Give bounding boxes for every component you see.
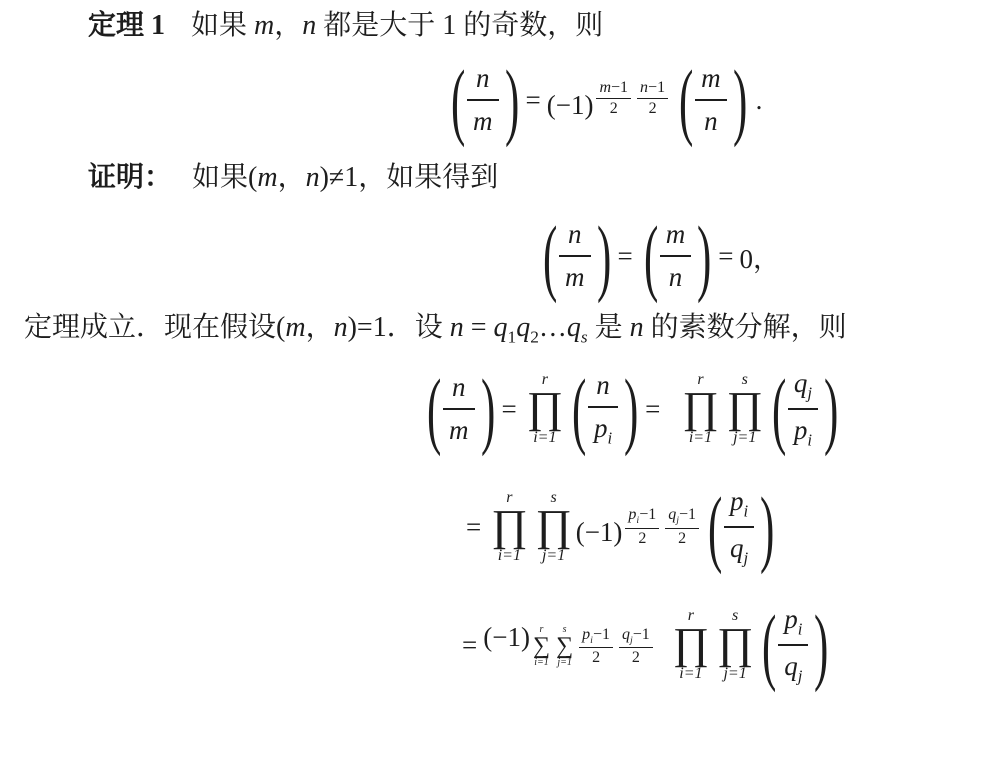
var-n: n bbox=[334, 312, 348, 343]
fullwidth-comma: ， bbox=[274, 10, 302, 41]
theorem-text-after: 都是大于 1 的奇数，则 bbox=[316, 10, 603, 41]
lower-limit-i: i=1 bbox=[498, 548, 521, 564]
exp-den: 2 bbox=[637, 98, 668, 118]
jacobi-symbol-pi-over-qj: ( pi qj ) bbox=[703, 484, 775, 570]
exp-frac-m: m−1 2 bbox=[596, 79, 631, 119]
lower-limit-i: i=1 bbox=[679, 666, 702, 682]
product-operator-i: r ∏ i=1 bbox=[527, 372, 563, 445]
exp-num: m−1 bbox=[596, 79, 631, 98]
denominator-n: n bbox=[695, 99, 727, 137]
para3-part1: 定理成立．现在假设( bbox=[24, 312, 285, 343]
denominator-m: m bbox=[443, 408, 475, 446]
exp-den: 2 bbox=[625, 528, 659, 548]
var-m: m bbox=[257, 162, 277, 193]
theorem-paragraph: 定理 1如果 m，n 都是大于 1 的奇数，则 bbox=[88, 6, 603, 45]
product-operator-j: s ∏ j=1 bbox=[727, 372, 763, 445]
big-right-paren: ) bbox=[733, 57, 743, 143]
var-q: q bbox=[794, 368, 808, 398]
subscript-2: 2 bbox=[530, 328, 539, 347]
numerator-qj: qj bbox=[788, 368, 818, 408]
product-glyph: ∏ bbox=[673, 626, 709, 662]
lower-limit-i: i=1 bbox=[533, 430, 556, 446]
lower-limit-j: j=1 bbox=[557, 658, 572, 668]
exp-den: 2 bbox=[619, 647, 653, 667]
big-left-paren: ( bbox=[644, 213, 654, 299]
denominator-m: m bbox=[467, 99, 499, 137]
big-right-paren: ) bbox=[824, 366, 834, 452]
denominator-m: m bbox=[559, 255, 591, 293]
subscript-j: j bbox=[744, 548, 749, 567]
fraction-n-over-m: n m bbox=[443, 372, 475, 446]
var-n: n bbox=[450, 312, 464, 343]
product-operator-i: r ∏ i=1 bbox=[682, 372, 718, 445]
big-right-paren: ) bbox=[760, 484, 770, 570]
jacobi-symbol-n-over-pi: ( n pi ) bbox=[567, 366, 639, 452]
para3-part4: 的素数分解，则 bbox=[644, 312, 847, 343]
denominator-qj: qj bbox=[724, 526, 754, 568]
fraction-pi-over-qj: pi qj bbox=[778, 604, 808, 687]
document-page: 定理 1如果 m，n 都是大于 1 的奇数，则 ( n m ) = (−1) m… bbox=[0, 0, 1000, 762]
minus-one: −1 bbox=[679, 506, 696, 523]
minus-one: −1 bbox=[648, 79, 665, 96]
subscript-i: i bbox=[807, 430, 812, 449]
equals-sign: = bbox=[645, 394, 660, 425]
big-left-paren: ( bbox=[679, 57, 689, 143]
proof-paragraph: 证明：如果(m，n)≠1，如果得到 bbox=[88, 158, 498, 197]
subscript-j: j bbox=[798, 666, 803, 685]
product-glyph: ∏ bbox=[717, 626, 753, 662]
big-left-paren: ( bbox=[543, 213, 553, 299]
var-q2: q bbox=[516, 312, 530, 343]
big-right-paren: ) bbox=[697, 213, 707, 299]
var-p: p bbox=[730, 486, 744, 516]
big-right-paren: ) bbox=[624, 366, 634, 452]
continuation-paragraph: 定理成立．现在假设(m，n)=1．设 n = q1q2…qs 是 n 的素数分解… bbox=[24, 308, 847, 350]
denominator-pi: pi bbox=[788, 408, 818, 450]
formula-4-reciprocity-applied: = r ∏ i=1 s ∏ j=1 (−1) pi−1 2 qj−1 2 bbox=[466, 484, 775, 570]
product-operator-j: s ∏ j=1 bbox=[535, 490, 571, 563]
var-qs: q bbox=[567, 312, 581, 343]
jacobi-symbol-m-over-n: ( m n ) bbox=[674, 57, 748, 143]
jacobi-symbol-n-over-m: ( n m ) bbox=[422, 366, 496, 452]
var-n: n bbox=[640, 79, 648, 96]
denominator-qj: qj bbox=[778, 644, 808, 686]
sum-operator-j: s ∑ j=1 bbox=[556, 625, 573, 669]
jacobi-symbol-qj-over-pi: ( qj pi ) bbox=[767, 366, 839, 452]
numerator-n: n bbox=[467, 63, 499, 99]
fraction-n-over-m: n m bbox=[559, 219, 591, 293]
minus-one: −1 bbox=[611, 79, 628, 96]
denominator-n: n bbox=[660, 255, 692, 293]
var-m: m bbox=[599, 79, 611, 96]
equals-sign: = bbox=[618, 241, 633, 272]
var-m: m bbox=[254, 10, 274, 41]
numerator-pi: pi bbox=[724, 486, 754, 526]
formula-5-collected-exponent: = (−1) r ∑ i=1 s ∑ j=1 pi−1 2 qj−1 bbox=[462, 602, 829, 688]
big-right-paren: ) bbox=[481, 366, 491, 452]
exp-frac-pi: pi−1 2 bbox=[625, 506, 659, 548]
exp-frac-n: n−1 2 bbox=[637, 79, 668, 119]
power-of-minus-one: (−1) m−1 2 n−1 2 bbox=[547, 79, 668, 121]
fraction-n-over-pi: n pi bbox=[588, 370, 618, 448]
fraction-qj-over-pi: qj pi bbox=[788, 368, 818, 451]
var-p: p bbox=[582, 626, 590, 643]
exp-den: 2 bbox=[665, 528, 699, 548]
subscript-i: i bbox=[607, 428, 612, 447]
subscript-s: s bbox=[581, 328, 588, 347]
zero-comma: 0， bbox=[739, 237, 780, 276]
fullwidth-comma: ， bbox=[278, 162, 306, 193]
theorem-label: 定理 1 bbox=[88, 10, 165, 41]
exponent-group: pi−1 2 qj−1 2 bbox=[625, 506, 699, 548]
equals-sign: = bbox=[462, 630, 477, 661]
subscript-i: i bbox=[744, 501, 749, 520]
var-q: q bbox=[622, 626, 630, 643]
lower-limit-j: j=1 bbox=[542, 548, 565, 564]
lower-limit-i: i=1 bbox=[689, 430, 712, 446]
numerator-n: n bbox=[588, 370, 618, 406]
neg-one-base: (−1) bbox=[547, 90, 594, 120]
subscript-j: j bbox=[807, 383, 812, 402]
big-left-paren: ( bbox=[708, 484, 718, 570]
exp-frac-pi: pi−1 2 bbox=[579, 626, 613, 668]
big-right-paren: ) bbox=[597, 213, 607, 299]
var-p: p bbox=[784, 604, 798, 634]
neg-one-base: (−1) bbox=[483, 622, 530, 652]
para3-part2: )=1．设 bbox=[348, 312, 450, 343]
big-left-paren: ( bbox=[451, 57, 461, 143]
equals-sign: = bbox=[718, 241, 733, 272]
subscript-1: 1 bbox=[508, 328, 517, 347]
exp-num: n−1 bbox=[637, 79, 668, 98]
lower-limit-j: j=1 bbox=[723, 666, 746, 682]
var-q1: q bbox=[494, 312, 508, 343]
numerator-m: m bbox=[660, 219, 692, 255]
exp-frac-qj: qj−1 2 bbox=[619, 626, 653, 668]
fraction-m-over-n: m n bbox=[695, 63, 727, 137]
exp-den: 2 bbox=[579, 647, 613, 667]
var-n: n bbox=[306, 162, 320, 193]
exp-num: qj−1 bbox=[665, 506, 699, 528]
equals-run: = bbox=[464, 312, 494, 343]
neg-one-base: (−1) bbox=[576, 517, 623, 547]
lower-limit-j: j=1 bbox=[733, 430, 756, 446]
exponent-group: r ∑ i=1 s ∑ j=1 pi−1 2 qj−1 2 bbox=[533, 625, 653, 669]
minus-one: −1 bbox=[593, 626, 610, 643]
minus-one: −1 bbox=[639, 506, 656, 523]
exp-den: 2 bbox=[596, 98, 631, 118]
jacobi-symbol-n-over-m: ( n m ) bbox=[538, 213, 612, 299]
theorem-text-before: 如果 bbox=[191, 10, 254, 41]
jacobi-symbol-m-over-n: ( m n ) bbox=[639, 213, 713, 299]
equals-sign: = bbox=[502, 394, 517, 425]
formula-2-zero-case: ( n m ) = ( m n ) = 0， bbox=[538, 213, 780, 299]
proof-label: 证明： bbox=[88, 162, 172, 193]
numerator-n: n bbox=[443, 372, 475, 408]
proof-text-before: 如果( bbox=[192, 162, 257, 193]
sum-glyph: ∑ bbox=[556, 636, 573, 658]
product-glyph: ∏ bbox=[527, 390, 563, 426]
var-p: p bbox=[594, 413, 608, 443]
formula-1-reciprocity-statement: ( n m ) = (−1) m−1 2 n−1 2 ( m bbox=[446, 57, 762, 143]
fraction-pi-over-qj: pi qj bbox=[724, 486, 754, 569]
power-of-minus-one: (−1) pi−1 2 qj−1 2 bbox=[576, 506, 699, 548]
para3-part3: 是 bbox=[588, 312, 630, 343]
denominator-pi: pi bbox=[588, 406, 618, 448]
var-n: n bbox=[630, 312, 644, 343]
product-glyph: ∏ bbox=[491, 508, 527, 544]
sum-operator-i: r ∑ i=1 bbox=[533, 625, 550, 669]
jacobi-symbol-pi-over-qj: ( pi qj ) bbox=[757, 602, 829, 688]
fraction-n-over-m: n m bbox=[467, 63, 499, 137]
fraction-m-over-n: m n bbox=[660, 219, 692, 293]
big-left-paren: ( bbox=[772, 366, 782, 452]
jacobi-symbol-n-over-m: ( n m ) bbox=[446, 57, 520, 143]
minus-one: −1 bbox=[633, 626, 650, 643]
var-m: m bbox=[285, 312, 305, 343]
product-glyph: ∏ bbox=[727, 390, 763, 426]
big-right-paren: ) bbox=[814, 602, 824, 688]
numerator-m: m bbox=[695, 63, 727, 99]
var-n: n bbox=[302, 10, 316, 41]
fullwidth-comma: ， bbox=[306, 312, 334, 343]
exp-num: pi−1 bbox=[579, 626, 613, 648]
exp-frac-qj: qj−1 2 bbox=[665, 506, 699, 548]
var-p: p bbox=[794, 415, 808, 445]
numerator-pi: pi bbox=[778, 604, 808, 644]
big-left-paren: ( bbox=[572, 366, 582, 452]
product-operator-i: r ∏ i=1 bbox=[491, 490, 527, 563]
subscript-i: i bbox=[798, 619, 803, 638]
exp-num: qj−1 bbox=[619, 626, 653, 648]
product-glyph: ∏ bbox=[682, 390, 718, 426]
var-q: q bbox=[784, 651, 798, 681]
product-operator-i: r ∏ i=1 bbox=[673, 608, 709, 681]
lower-limit-i: i=1 bbox=[534, 658, 549, 668]
period: . bbox=[756, 85, 763, 116]
product-glyph: ∏ bbox=[535, 508, 571, 544]
product-operator-j: s ∏ j=1 bbox=[717, 608, 753, 681]
equals-sign: = bbox=[466, 512, 481, 543]
numerator-n: n bbox=[559, 219, 591, 255]
var-q: q bbox=[730, 533, 744, 563]
formula-3-product-expansion: ( n m ) = r ∏ i=1 ( n pi ) = r ∏ i=1 bbox=[422, 366, 839, 452]
exponent-group: m−1 2 n−1 2 bbox=[596, 79, 668, 119]
equals-sign: = bbox=[526, 85, 541, 116]
proof-text-after: )≠1，如果得到 bbox=[320, 162, 499, 193]
ellipsis: … bbox=[539, 312, 567, 343]
big-right-paren: ) bbox=[505, 57, 515, 143]
exp-num: pi−1 bbox=[625, 506, 659, 528]
sum-glyph: ∑ bbox=[533, 636, 550, 658]
power-of-minus-one: (−1) r ∑ i=1 s ∑ j=1 pi−1 2 qj−1 2 bbox=[483, 622, 653, 669]
big-left-paren: ( bbox=[762, 602, 772, 688]
big-left-paren: ( bbox=[427, 366, 437, 452]
